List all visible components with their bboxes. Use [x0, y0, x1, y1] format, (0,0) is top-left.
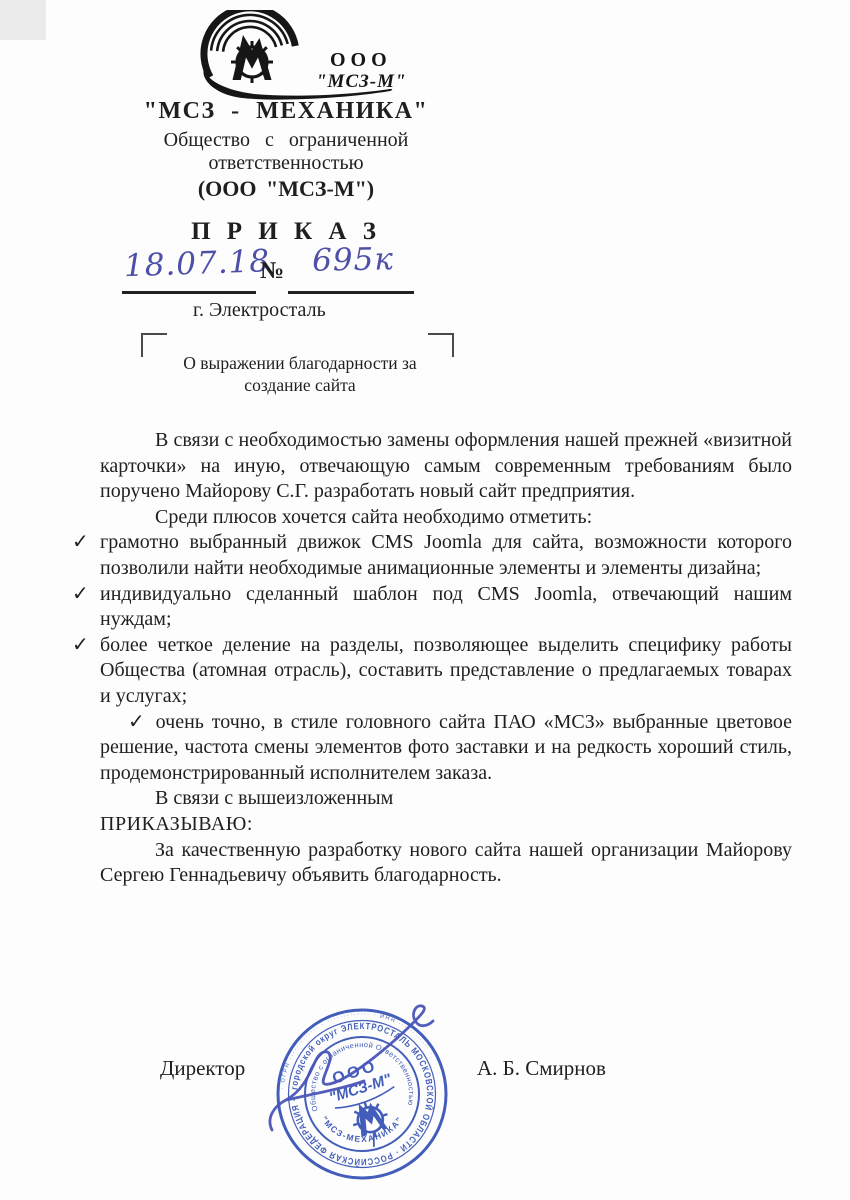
logo-org-short: "МСЗ-М" — [316, 71, 407, 92]
letterhead: "МСЗ - МЕХАНИКА" Общество с ограниченной… — [118, 98, 454, 246]
checkmark-icon: ✓ — [72, 530, 89, 556]
scan-corner-smudge — [0, 0, 46, 40]
bullet-text: индивидуально сделанный шаблон под CMS J… — [100, 583, 792, 631]
signatory-role: Директор — [160, 1056, 245, 1081]
bullet-text: более четкое деление на разделы, позволя… — [100, 634, 792, 707]
checkmark-icon: ✓ — [128, 711, 148, 733]
document-body: В связи с необходимостью замены оформлен… — [100, 428, 792, 889]
logo-gear-mountain-icon — [231, 35, 273, 83]
company-form-line1: Общество с ограниченной — [118, 129, 454, 152]
bullet-item: ✓более четкое деление на разделы, позвол… — [100, 633, 792, 710]
city-line: г. Электросталь — [193, 299, 326, 322]
scanned-order-document: ООО "МСЗ-М" "МСЗ - МЕХАНИКА" Общество с … — [0, 0, 850, 1200]
bullet-text: очень точно, в стиле головного сайта ПАО… — [100, 711, 792, 784]
company-form-line2: ответственностью — [118, 152, 454, 175]
paragraph-transition: В связи с вышеизложенным — [100, 786, 792, 812]
paragraph-list-lead: Среди плюсов хочется сайта необходимо от… — [100, 505, 792, 531]
bullet-item: ✓индивидуально сделанный шаблон под CMS … — [100, 582, 792, 633]
handwritten-signature — [252, 998, 452, 1148]
bullet-item: ✓грамотно выбранный движок CMS Joomla дл… — [100, 530, 792, 581]
subject-corner-mark-left — [141, 333, 167, 357]
subject-block: О выражении благодарности за создание са… — [166, 352, 434, 396]
number-underline — [288, 267, 414, 294]
paragraph-intro: В связи с необходимостью замены оформлен… — [100, 428, 792, 505]
checkmark-icon: ✓ — [72, 582, 89, 608]
checkmark-icon: ✓ — [72, 633, 89, 659]
number-sign: № — [260, 258, 284, 285]
company-logo: ООО "МСЗ-М" — [188, 10, 438, 102]
subject-line1: О выражении благодарности за — [166, 352, 434, 374]
paragraph-order: За качественную разработку нового сайта … — [100, 838, 792, 889]
bullet-text: грамотно выбранный движок CMS Joomla для… — [100, 531, 792, 579]
subject-line2: создание сайта — [166, 374, 434, 396]
bullet-item: ✓очень точно, в стиле головного сайта ПА… — [100, 710, 792, 787]
company-short-name: (ООО "МСЗ-М") — [118, 176, 454, 202]
signatory-name: А. Б. Смирнов — [477, 1056, 606, 1081]
logo-org-abbr: ООО — [330, 49, 392, 71]
company-title: "МСЗ - МЕХАНИКА" — [118, 98, 454, 125]
date-underline — [122, 267, 256, 294]
order-heading: ПРИКАЗЫВАЮ: — [100, 812, 792, 838]
